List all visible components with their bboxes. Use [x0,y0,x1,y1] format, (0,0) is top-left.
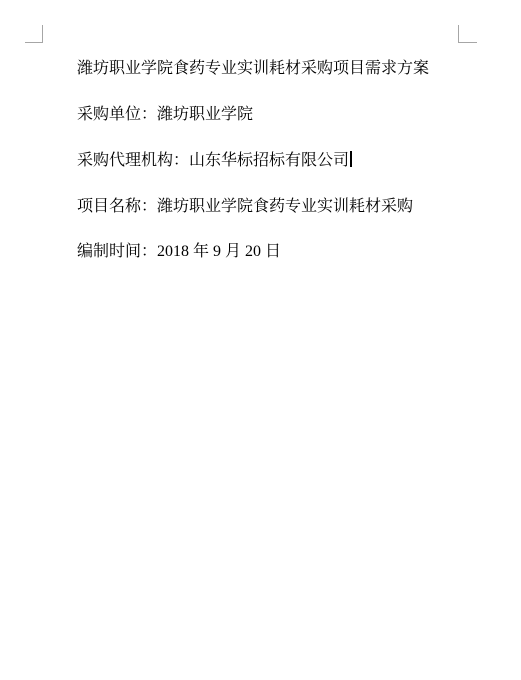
project-name-text: 项目名称：潍坊职业学院食药专业实训耗材采购 [77,198,413,215]
document-title-text: 潍坊职业学院食药专业实训耗材采购项目需求方案 [77,60,429,77]
compilation-date-line[interactable]: 编制时间：2018 年 9 月 20 日 [77,243,458,261]
text-cursor [350,151,352,167]
compilation-date-text: 编制时间：2018 年 9 月 20 日 [77,243,281,260]
margin-corner-mark-top-left [25,25,43,43]
purchasing-unit-text: 采购单位：潍坊职业学院 [77,106,253,123]
purchasing-unit-line[interactable]: 采购单位：潍坊职业学院 [77,106,458,124]
margin-corner-mark-top-right [458,25,477,43]
document-page[interactable]: 潍坊职业学院食药专业实训耗材采购项目需求方案 采购单位：潍坊职业学院 采购代理机… [0,0,521,680]
project-name-line[interactable]: 项目名称：潍坊职业学院食药专业实训耗材采购 [77,198,458,216]
procurement-agency-line[interactable]: 采购代理机构：山东华标招标有限公司 [77,151,458,170]
document-text-area[interactable]: 潍坊职业学院食药专业实训耗材采购项目需求方案 采购单位：潍坊职业学院 采购代理机… [77,60,458,289]
procurement-agency-text: 采购代理机构：山东华标招标有限公司 [77,152,349,169]
document-title-line[interactable]: 潍坊职业学院食药专业实训耗材采购项目需求方案 [77,60,458,78]
